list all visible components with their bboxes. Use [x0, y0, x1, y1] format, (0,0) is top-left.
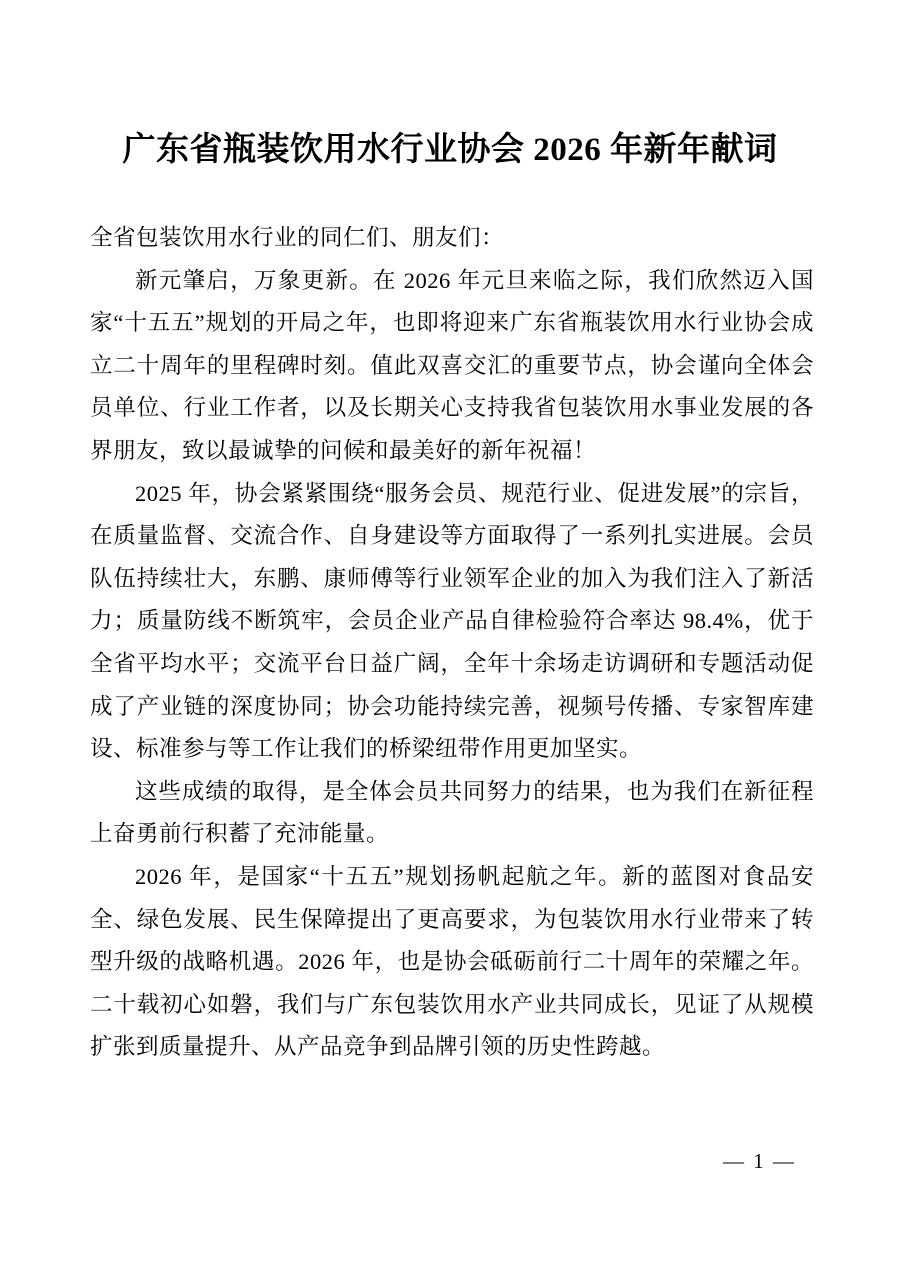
- paragraph-2025-review: 2025 年，协会紧紧围绕“服务会员、规范行业、促进发展”的宗旨，在质量监督、交…: [90, 473, 814, 771]
- document-page: 广东省瓶装饮用水行业协会 2026 年新年献词 全省包装饮用水行业的同仁们、朋友…: [0, 0, 900, 1273]
- page-number: — 1 —: [723, 1146, 796, 1176]
- paragraph-new-year-greeting: 新元肇启，万象更新。在 2026 年元旦来临之际，我们欣然迈入国家“十五五”规划…: [90, 260, 814, 473]
- document-title: 广东省瓶装饮用水行业协会 2026 年新年献词: [0, 128, 900, 172]
- paragraph-2026-outlook: 2026 年，是国家“十五五”规划扬帆起航之年。新的蓝图对食品安全、绿色发展、民…: [90, 856, 814, 1069]
- salutation-line: 全省包装饮用水行业的同仁们、朋友们：: [90, 217, 814, 260]
- document-body: 全省包装饮用水行业的同仁们、朋友们： 新元肇启，万象更新。在 2026 年元旦来…: [90, 217, 814, 1069]
- paragraph-achievements: 这些成绩的取得，是全体会员共同努力的结果，也为我们在新征程上奋勇前行积蓄了充沛能…: [90, 771, 814, 856]
